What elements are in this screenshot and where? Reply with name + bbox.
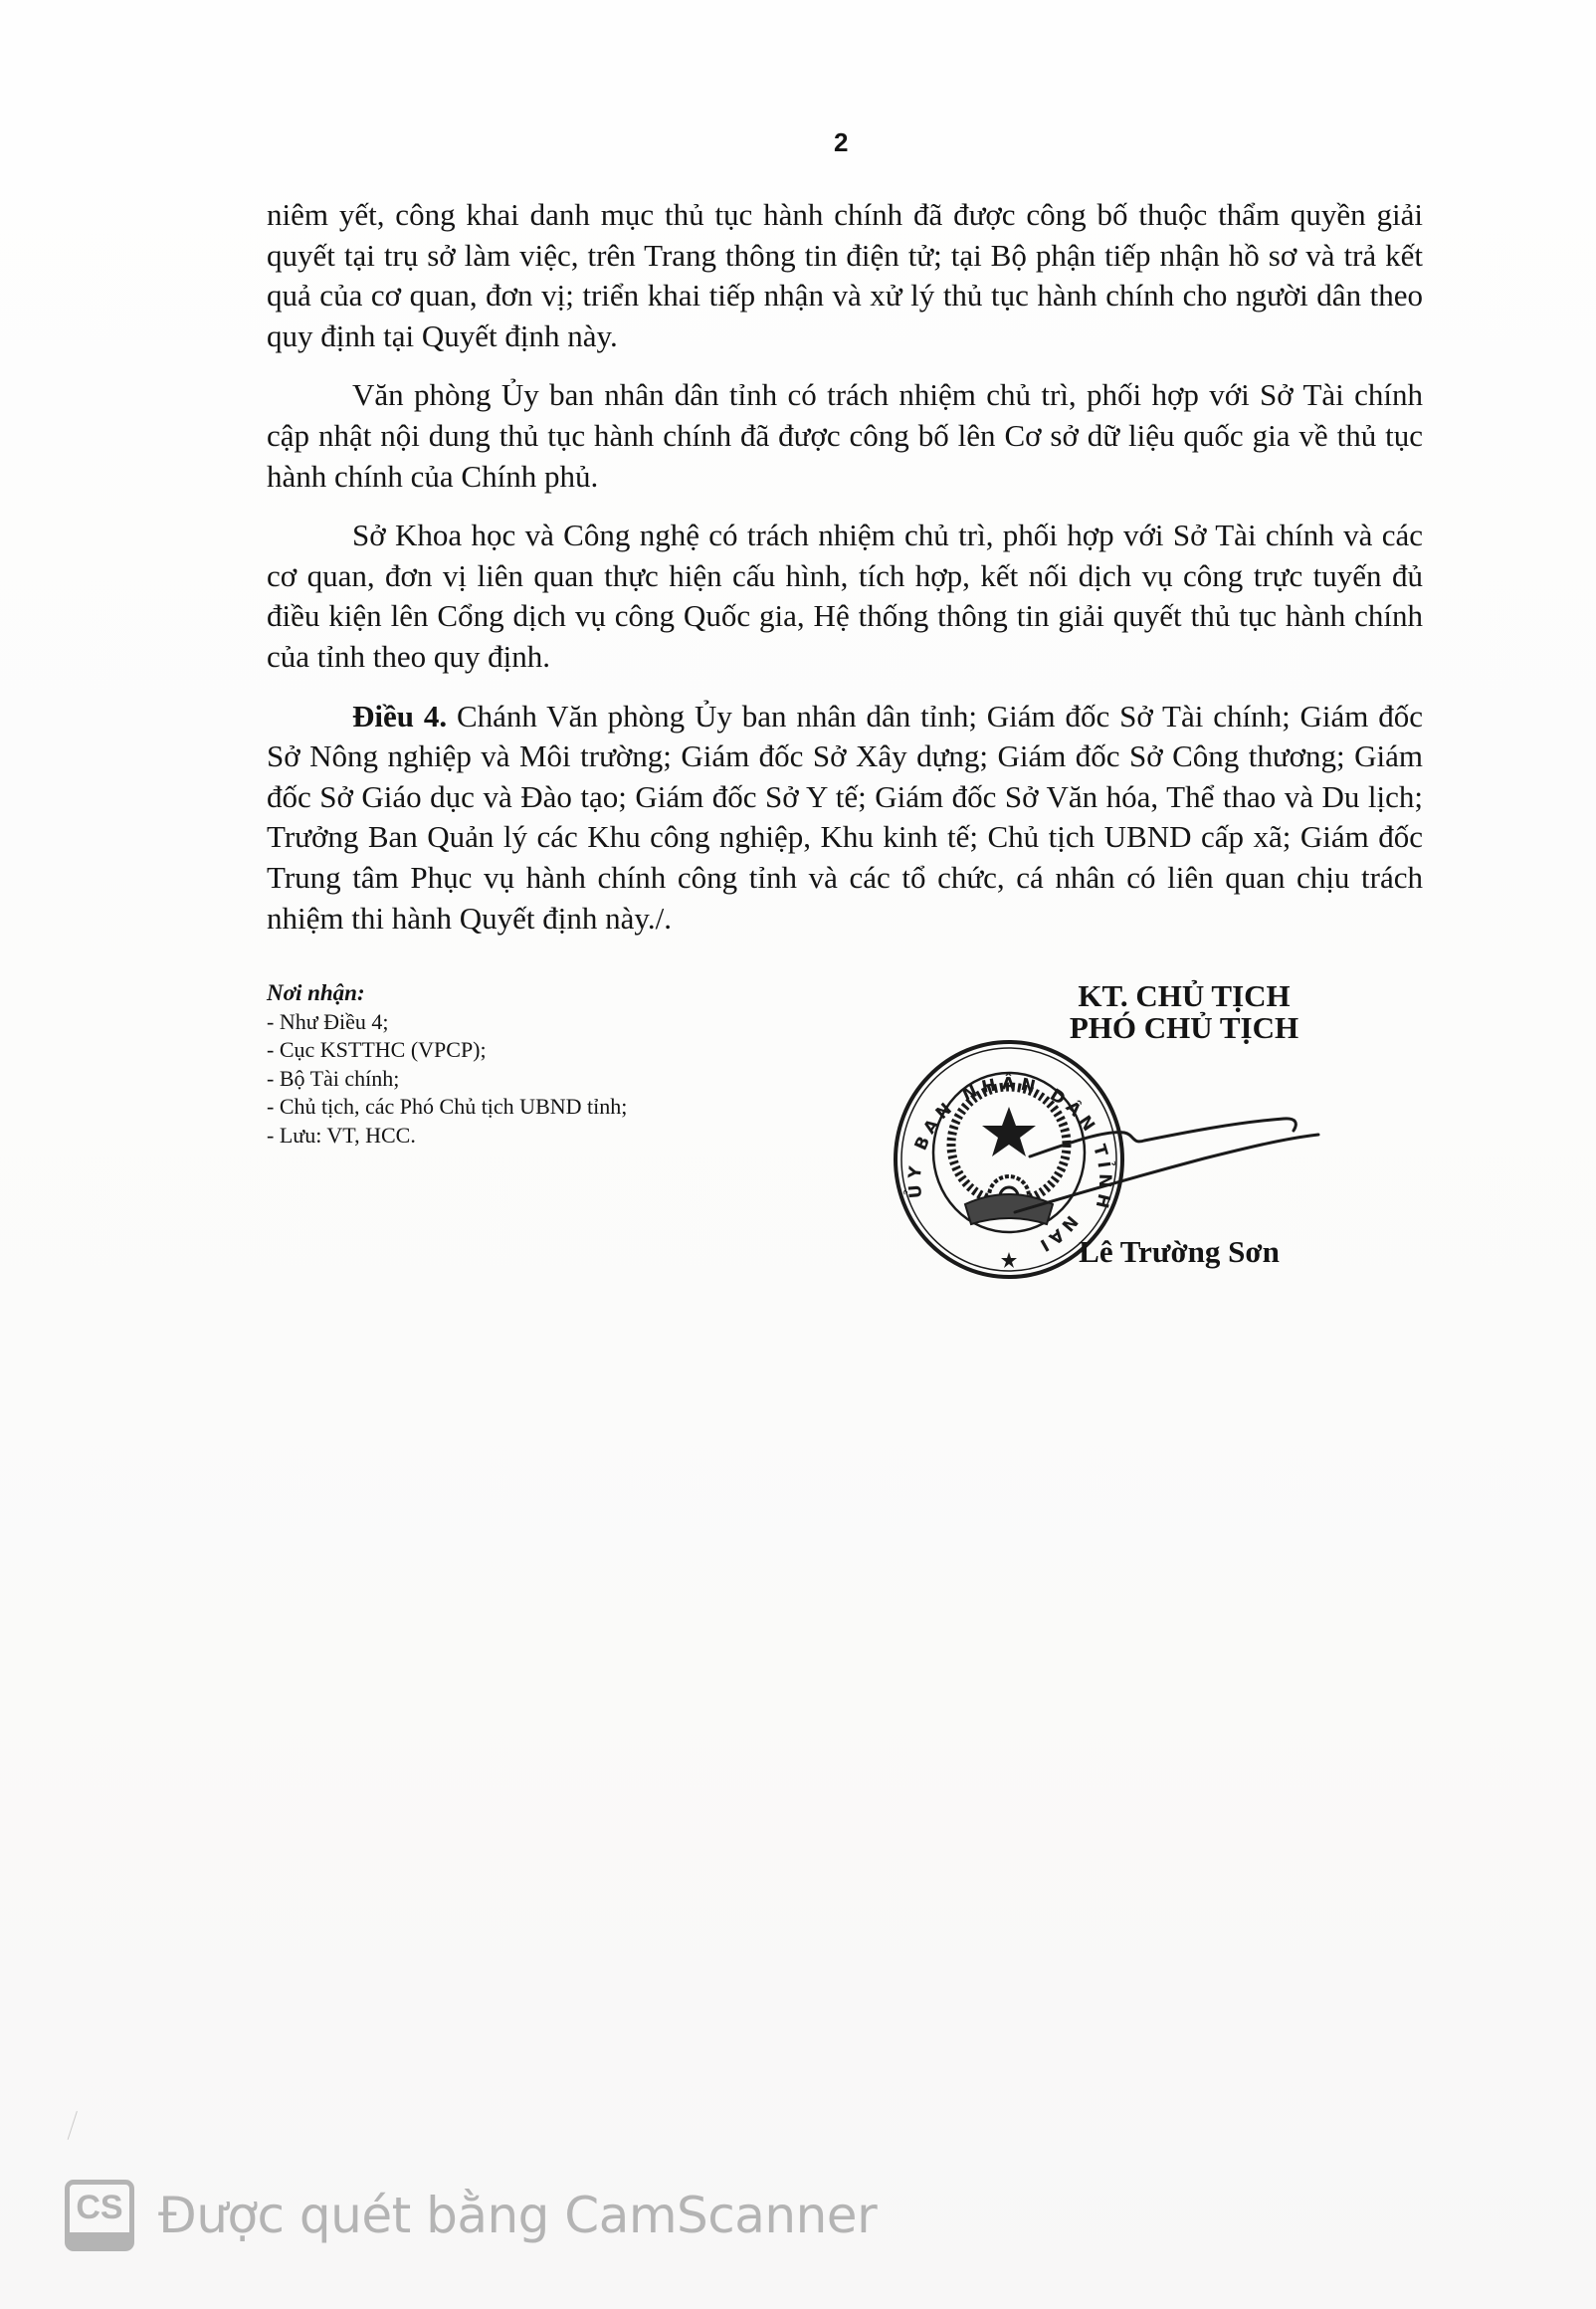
paragraph-provincial-office: Văn phòng Ủy ban nhân dân tỉnh có trách …: [267, 375, 1423, 497]
article-4-text: Chánh Văn phòng Ủy ban nhân dân tỉnh; Gi…: [267, 699, 1423, 936]
signer-name: Lê Trường Sơn: [1035, 1234, 1323, 1270]
article-4-label: Điều 4.: [352, 699, 447, 734]
logo-text: CS: [76, 2189, 122, 2227]
handwritten-signature-icon: [985, 1095, 1343, 1224]
recipient-item: - Chủ tịch, các Phó Chủ tịch UBND tỉnh;: [267, 1093, 627, 1122]
paragraph-article-4: Điều 4. Chánh Văn phòng Ủy ban nhân dân …: [267, 697, 1423, 940]
camscanner-watermark: CS Được quét bằng CamScanner: [65, 2180, 877, 2251]
document-body: niêm yết, công khai danh mục thủ tục hàn…: [267, 195, 1423, 957]
recipient-item: - Bộ Tài chính;: [267, 1065, 627, 1094]
scanned-page: 2 niêm yết, công khai danh mục thủ tục h…: [0, 0, 1596, 2309]
signature-title-line1: KT. CHỦ TỊCH: [1015, 980, 1353, 1012]
scan-artifact-mark: [68, 2111, 88, 2143]
page-number: 2: [834, 127, 848, 158]
recipient-item: - Như Điều 4;: [267, 1008, 627, 1037]
recipients-title: Nơi nhận:: [267, 979, 627, 1008]
paragraph-continuation: niêm yết, công khai danh mục thủ tục hàn…: [267, 195, 1423, 356]
watermark-text: Được quét bằng CamScanner: [158, 2187, 877, 2244]
paragraph-science-department: Sở Khoa học và Công nghệ có trách nhiệm …: [267, 516, 1423, 677]
recipients-block: Nơi nhận: - Như Điều 4; - Cục KSTTHC (VP…: [267, 979, 627, 1150]
recipient-item: - Lưu: VT, HCC.: [267, 1122, 627, 1151]
recipient-item: - Cục KSTTHC (VPCP);: [267, 1036, 627, 1065]
camscanner-logo-icon: CS: [65, 2180, 134, 2251]
